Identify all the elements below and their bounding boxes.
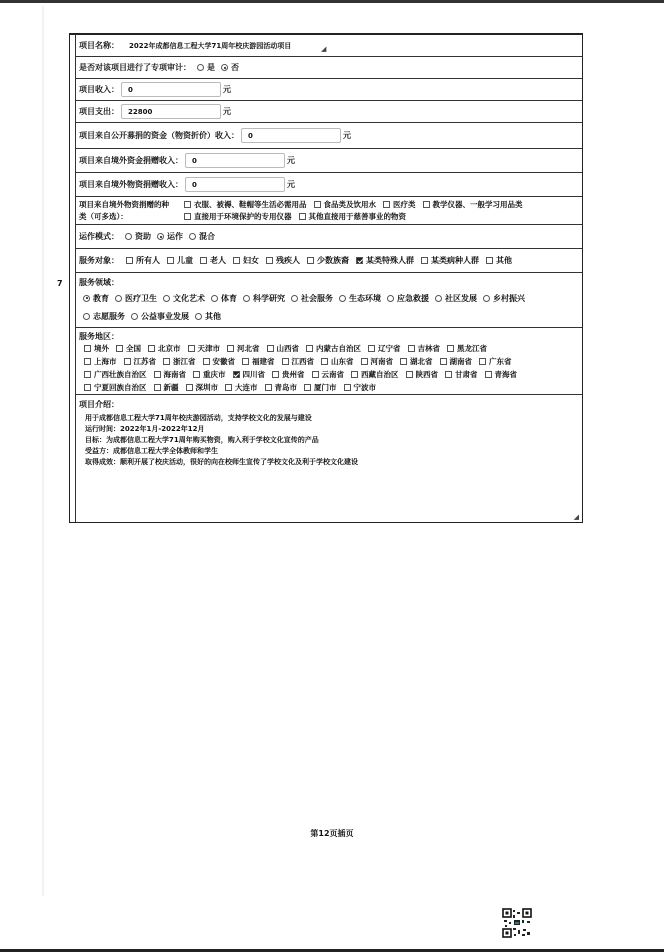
service-fields-label: 服务领域： (79, 276, 119, 289)
row-goods-types: 项目来自境外物资捐赠的种 类（可多选）： 衣服、被褥、鞋帽等生活必需用品 食品类… (76, 197, 582, 225)
checkbox-icon[interactable] (84, 358, 91, 365)
option-label: 医疗类 (393, 199, 416, 211)
checkbox-icon[interactable] (167, 257, 174, 264)
radio-icon[interactable] (435, 295, 442, 302)
option-label: 境外 (94, 343, 109, 354)
checkbox-icon[interactable] (299, 213, 306, 220)
radio-selected-icon[interactable] (83, 295, 90, 302)
intro-line: 用于成都信息工程大学71周年校庆游园活动，支持学校文化的发展与建设 (85, 413, 358, 424)
checkbox-icon[interactable] (267, 345, 274, 352)
checkbox-icon[interactable] (148, 345, 155, 352)
option-label: 混合 (199, 231, 215, 242)
service-region-option[interactable]: 厦门市 (299, 382, 337, 393)
label-line: 项目来自境外物资捐赠的种 (79, 199, 179, 211)
option-label: 所有人 (136, 255, 160, 266)
income-label: 项目收入： (79, 84, 119, 95)
service-region-option[interactable]: 云南省 (307, 369, 345, 380)
checkbox-icon[interactable] (304, 384, 311, 391)
radio-icon[interactable] (387, 295, 394, 302)
checkbox-icon[interactable] (184, 201, 191, 208)
service-region-option[interactable]: 全国 (111, 343, 141, 354)
service-region-option[interactable]: 陕西省 (401, 369, 439, 380)
checkbox-icon[interactable] (447, 345, 454, 352)
option-label: 江西省 (292, 356, 315, 367)
audit-option-no[interactable]: 否 (217, 62, 239, 73)
checkbox-icon[interactable] (225, 384, 232, 391)
checkbox-icon[interactable] (307, 257, 314, 264)
project-form: 项目名称： 2022年成都信息工程大学71周年校庆游园活动项目 ◢ 是否对该项目… (69, 33, 583, 523)
option-label: 儿童 (177, 255, 193, 266)
service-region-option[interactable]: 青海省 (480, 369, 518, 380)
overseas-funds-label: 项目来自境外资金捐赠收入： (79, 155, 183, 166)
regions-line: 上海市江苏省浙江省安徽省福建省江西省山东省河南省湖北省湖南省广东省 (79, 355, 514, 368)
option-label: 体育 (221, 293, 237, 304)
checkbox-icon[interactable] (312, 371, 319, 378)
option-label: 江苏省 (134, 356, 157, 367)
option-label: 食品类及饮用水 (324, 199, 377, 211)
option-label: 生态环境 (349, 293, 381, 304)
option-label: 陕西省 (416, 369, 439, 380)
service-region-option[interactable]: 内蒙古自治区 (301, 343, 361, 354)
service-region-option[interactable]: 天津市 (183, 343, 221, 354)
goods-option[interactable]: 衣服、被褥、鞋帽等生活必需用品 (179, 199, 307, 211)
checkbox-icon[interactable] (154, 371, 161, 378)
row-project-name: 项目名称： 2022年成都信息工程大学71周年校庆游园活动项目 ◢ (76, 35, 582, 57)
checkbox-icon[interactable] (351, 371, 358, 378)
option-label: 浙江省 (173, 356, 196, 367)
checkbox-icon[interactable] (84, 384, 91, 391)
option-label: 某类特殊人群 (366, 255, 414, 266)
row-public-fundraising: 项目来自公开募捐的资金（物资折价）收入： 0 元 (76, 123, 582, 149)
checkbox-icon[interactable] (188, 345, 195, 352)
row-overseas-goods: 项目来自境外物资捐赠收入： 0 元 (76, 173, 582, 197)
service-field-option[interactable]: 医疗卫生 (111, 293, 157, 304)
service-region-option[interactable]: 宁波市 (339, 382, 377, 393)
option-label: 辽宁省 (378, 343, 401, 354)
checkbox-icon[interactable] (154, 384, 161, 391)
service-field-option[interactable]: 社区发展 (431, 293, 477, 304)
mode-option[interactable]: 混合 (185, 231, 215, 242)
option-label: 宁波市 (354, 382, 377, 393)
regions-line: 境外全国北京市天津市河北省山西省内蒙古自治区辽宁省吉林省黑龙江省 (79, 342, 489, 355)
resize-handle-icon[interactable]: ◢ (321, 45, 326, 53)
service-target-option[interactable]: 某类特殊人群 (351, 255, 414, 266)
option-label: 吉林省 (418, 343, 441, 354)
service-target-option[interactable]: 少数族裔 (302, 255, 349, 266)
radio-icon[interactable] (189, 233, 196, 240)
option-label: 广东省 (489, 356, 512, 367)
intro-line: 目标：为成都信息工程大学71周年购买物资，购入利于学校文化宣传的产品 (85, 435, 358, 446)
option-label: 某类病种人群 (431, 255, 479, 266)
radio-selected-icon[interactable] (157, 233, 164, 240)
service-field-option[interactable]: 乡村振兴 (479, 293, 525, 304)
service-region-option[interactable]: 海南省 (149, 369, 187, 380)
row-intro: 项目介绍： 用于成都信息工程大学71周年校庆游园活动，支持学校文化的发展与建设运… (76, 395, 582, 523)
option-label: 河北省 (237, 343, 260, 354)
project-name-value[interactable]: 2022年成都信息工程大学71周年校庆游园活动项目 (129, 41, 291, 51)
service-target-option[interactable]: 所有人 (121, 255, 160, 266)
checkbox-icon[interactable] (361, 358, 368, 365)
service-region-option[interactable]: 湖北省 (395, 356, 433, 367)
option-label: 直接用于环境保护的专用仪器 (194, 211, 292, 223)
checkbox-icon[interactable] (266, 257, 273, 264)
service-region-option[interactable]: 广西壮族自治区 (79, 369, 147, 380)
service-region-option[interactable]: 吉林省 (403, 343, 441, 354)
option-label: 资助 (135, 231, 151, 242)
checkbox-icon[interactable] (242, 358, 249, 365)
checkbox-icon[interactable] (406, 371, 413, 378)
intro-line: 受益方：成都信息工程大学全体教师和学生 (85, 446, 358, 457)
overseas-goods-label: 项目来自境外物资捐赠收入： (79, 179, 183, 190)
public-fundraising-unit: 元 (343, 130, 351, 141)
service-targets-options: 所有人儿童老人妇女残疾人少数族裔某类特殊人群某类病种人群其他 (121, 255, 514, 266)
option-label: 其他 (496, 255, 512, 266)
service-region-option[interactable]: 青岛市 (260, 382, 298, 393)
option-label: 青海省 (495, 369, 518, 380)
option-label: 运作 (167, 231, 183, 242)
service-fields-options: 教育医疗卫生文化艺术体育科学研究社会服务生态环境应急救援社区发展乡村振兴 (79, 289, 527, 307)
radio-icon[interactable] (483, 295, 490, 302)
option-label: 河南省 (371, 356, 394, 367)
option-label: 内蒙古自治区 (316, 343, 361, 354)
option-label: 湖南省 (450, 356, 473, 367)
goods-option[interactable]: 其他直接用于慈善事业的物资 (294, 211, 407, 223)
option-label: 甘肃省 (455, 369, 478, 380)
expense-unit: 元 (223, 106, 231, 117)
service-region-option[interactable]: 重庆市 (188, 369, 226, 380)
service-region-option[interactable]: 黑龙江省 (442, 343, 487, 354)
service-field-option[interactable]: 科学研究 (239, 293, 285, 304)
regions-line: 广西壮族自治区海南省重庆市四川省贵州省云南省西藏自治区陕西省甘肃省青海省 (79, 368, 519, 381)
income-input[interactable]: 0 (121, 82, 221, 97)
option-label: 残疾人 (276, 255, 300, 266)
checkbox-icon[interactable] (344, 384, 351, 391)
goods-option[interactable]: 食品类及饮用水 (309, 199, 377, 211)
checkbox-icon[interactable] (126, 257, 133, 264)
service-regions-label: 服务地区： (79, 331, 119, 342)
goods-option[interactable]: 直接用于环境保护的专用仪器 (179, 211, 292, 223)
service-target-option[interactable]: 残疾人 (261, 255, 300, 266)
option-label: 贵州省 (282, 369, 305, 380)
service-region-option[interactable]: 河南省 (356, 356, 394, 367)
option-label: 大连市 (235, 382, 258, 393)
row-expense: 项目支出： 22800 元 (76, 101, 582, 123)
checkbox-icon[interactable] (203, 358, 210, 365)
option-label: 湖北省 (410, 356, 433, 367)
checkbox-icon[interactable] (479, 358, 486, 365)
service-region-option[interactable]: 新疆 (149, 382, 179, 393)
public-fundraising-input[interactable]: 0 (241, 128, 341, 143)
row-overseas-funds: 项目来自境外资金捐赠收入： 0 元 (76, 149, 582, 173)
page-footer: 第12页插页 (0, 828, 664, 839)
option-label: 广西壮族自治区 (94, 369, 147, 380)
service-target-option[interactable]: 妇女 (228, 255, 259, 266)
option-label: 妇女 (243, 255, 259, 266)
checkbox-icon[interactable] (486, 257, 493, 264)
radio-icon[interactable] (131, 313, 138, 320)
checkbox-icon[interactable] (383, 201, 390, 208)
service-region-option[interactable]: 江苏省 (119, 356, 157, 367)
option-label: 福建省 (252, 356, 275, 367)
service-region-option[interactable]: 辽宁省 (363, 343, 401, 354)
checkbox-icon[interactable] (184, 213, 191, 220)
row-service-fields: 服务领域： 教育医疗卫生文化艺术体育科学研究社会服务生态环境应急救援社区发展乡村… (76, 273, 582, 328)
row-service-regions: 服务地区： 境外全国北京市天津市河北省山西省内蒙古自治区辽宁省吉林省黑龙江省 上… (76, 328, 582, 395)
checkbox-icon[interactable] (282, 358, 289, 365)
option-label: 黑龙江省 (457, 343, 487, 354)
checkbox-icon[interactable] (306, 345, 313, 352)
option-label: 是 (207, 62, 215, 73)
option-label: 社区发展 (445, 293, 477, 304)
service-targets-label: 服务对象： (79, 255, 119, 266)
service-region-option[interactable]: 山东省 (316, 356, 354, 367)
checkbox-icon[interactable] (84, 345, 91, 352)
mode-option[interactable]: 运作 (153, 231, 183, 242)
checkbox-icon[interactable] (265, 384, 272, 391)
checkbox-checked-icon[interactable] (356, 257, 363, 264)
service-region-option[interactable]: 西藏自治区 (346, 369, 399, 380)
radio-icon[interactable] (163, 295, 170, 302)
option-label: 衣服、被褥、鞋帽等生活必需用品 (194, 199, 307, 211)
label-line: 类（可多选）： (79, 211, 179, 223)
checkbox-icon[interactable] (408, 345, 415, 352)
option-label: 教育 (93, 293, 109, 304)
option-label: 老人 (210, 255, 226, 266)
service-field-option[interactable]: 应急救援 (383, 293, 429, 304)
service-region-option[interactable]: 福建省 (237, 356, 275, 367)
service-region-option[interactable]: 山西省 (262, 343, 300, 354)
checkbox-icon[interactable] (400, 358, 407, 365)
option-label: 新疆 (164, 382, 179, 393)
checkbox-icon[interactable] (200, 257, 207, 264)
service-region-option[interactable]: 宁夏回族自治区 (79, 382, 147, 393)
intro-line: 运行时间：2022年1月-2022年12月 (85, 424, 358, 435)
operation-mode-label: 运作模式： (79, 231, 119, 242)
option-label: 志愿服务 (93, 311, 125, 322)
audit-label: 是否对该项目进行了专项审计： (79, 62, 191, 73)
service-region-option[interactable]: 北京市 (143, 343, 181, 354)
checkbox-icon[interactable] (272, 371, 279, 378)
option-label: 云南省 (322, 369, 345, 380)
radio-icon[interactable] (291, 295, 298, 302)
service-field-option[interactable]: 社会服务 (287, 293, 333, 304)
checkbox-icon[interactable] (421, 257, 428, 264)
top-border (0, 0, 664, 3)
option-label: 重庆市 (203, 369, 226, 380)
radio-icon[interactable] (339, 295, 346, 302)
radio-icon[interactable] (211, 295, 218, 302)
side-marker: 7 (57, 279, 63, 288)
checkbox-checked-icon[interactable] (233, 371, 240, 378)
qr-code-icon (502, 908, 532, 938)
expense-label: 项目支出： (79, 106, 119, 117)
service-region-option[interactable]: 深圳市 (181, 382, 219, 393)
radio-icon[interactable] (125, 233, 132, 240)
service-target-option[interactable]: 某类病种人群 (416, 255, 479, 266)
service-region-option[interactable]: 上海市 (79, 356, 117, 367)
expense-input[interactable]: 22800 (121, 104, 221, 119)
overseas-goods-input[interactable]: 0 (185, 177, 285, 192)
overseas-funds-input[interactable]: 0 (185, 153, 285, 168)
option-label: 少数族裔 (317, 255, 349, 266)
option-label: 青岛市 (275, 382, 298, 393)
option-label: 海南省 (164, 369, 187, 380)
service-field-option[interactable]: 公益事业发展 (127, 311, 189, 322)
service-region-option[interactable]: 四川省 (228, 369, 266, 380)
option-label: 科学研究 (253, 293, 285, 304)
row-audit: 是否对该项目进行了专项审计： 是 否 (76, 57, 582, 79)
goods-option[interactable]: 教学仪器、一般学习用品类 (418, 199, 523, 211)
goods-types-options: 衣服、被褥、鞋帽等生活必需用品 食品类及饮用水 医疗类 教学仪器、一般学习用品类… (179, 199, 525, 223)
option-label: 教学仪器、一般学习用品类 (433, 199, 523, 211)
radio-icon[interactable] (83, 313, 90, 320)
service-region-option[interactable]: 大连市 (220, 382, 258, 393)
income-unit: 元 (223, 84, 231, 95)
option-label: 社会服务 (301, 293, 333, 304)
option-label: 宁夏回族自治区 (94, 382, 147, 393)
option-label: 北京市 (158, 343, 181, 354)
option-label: 四川省 (243, 369, 266, 380)
mode-option[interactable]: 资助 (121, 231, 151, 242)
option-label: 乡村振兴 (493, 293, 525, 304)
checkbox-icon[interactable] (423, 201, 430, 208)
checkbox-icon[interactable] (445, 371, 452, 378)
intro-textarea[interactable]: 用于成都信息工程大学71周年校庆游园活动，支持学校文化的发展与建设运行时间：20… (79, 413, 358, 468)
option-label: 安徽省 (213, 356, 236, 367)
service-field-option[interactable]: 文化艺术 (159, 293, 205, 304)
option-label: 文化艺术 (173, 293, 205, 304)
checkbox-icon[interactable] (485, 371, 492, 378)
service-region-option[interactable]: 贵州省 (267, 369, 305, 380)
service-target-option[interactable]: 儿童 (162, 255, 193, 266)
checkbox-icon[interactable] (186, 384, 193, 391)
service-target-option[interactable]: 其他 (481, 255, 512, 266)
option-label: 深圳市 (196, 382, 219, 393)
option-label: 山西省 (277, 343, 300, 354)
service-region-option[interactable]: 江西省 (277, 356, 315, 367)
checkbox-icon[interactable] (84, 371, 91, 378)
service-region-option[interactable]: 境外 (79, 343, 109, 354)
public-fundraising-label: 项目来自公开募捐的资金（物资折价）收入： (79, 130, 239, 141)
checkbox-icon[interactable] (116, 345, 123, 352)
option-label: 否 (231, 62, 239, 73)
radio-selected-icon[interactable] (221, 64, 228, 71)
service-region-option[interactable]: 河北省 (222, 343, 260, 354)
option-label: 厦门市 (314, 382, 337, 393)
service-region-option[interactable]: 浙江省 (158, 356, 196, 367)
checkbox-icon[interactable] (368, 345, 375, 352)
service-fields-options: 志愿服务公益事业发展其他 (79, 307, 223, 325)
radio-icon[interactable] (197, 64, 204, 71)
option-label: 上海市 (94, 356, 117, 367)
service-field-option[interactable]: 生态环境 (335, 293, 381, 304)
project-name-label: 项目名称： (79, 40, 119, 51)
row-income: 项目收入： 0 元 (76, 79, 582, 101)
checkbox-icon[interactable] (233, 257, 240, 264)
service-region-option[interactable]: 广东省 (474, 356, 512, 367)
regions-line: 宁夏回族自治区新疆深圳市大连市青岛市厦门市宁波市 (79, 381, 378, 394)
option-label: 应急救援 (397, 293, 429, 304)
option-label: 西藏自治区 (361, 369, 399, 380)
option-label: 公益事业发展 (141, 311, 189, 322)
checkbox-icon[interactable] (163, 358, 170, 365)
page-edge (42, 6, 44, 896)
radio-icon[interactable] (243, 295, 250, 302)
checkbox-icon[interactable] (193, 371, 200, 378)
goods-types-label: 项目来自境外物资捐赠的种 类（可多选）： (79, 199, 179, 223)
intro-line: 取得成效：顺利开展了校庆活动，很好的向在校师生宣传了学校文化及利于学校文化建设 (85, 457, 358, 468)
option-label: 医疗卫生 (125, 293, 157, 304)
checkbox-icon[interactable] (314, 201, 321, 208)
service-region-option[interactable]: 甘肃省 (440, 369, 478, 380)
row-service-targets: 服务对象： 所有人儿童老人妇女残疾人少数族裔某类特殊人群某类病种人群其他 (76, 249, 582, 273)
service-field-option[interactable]: 其他 (191, 311, 221, 322)
radio-icon[interactable] (195, 313, 202, 320)
service-region-option[interactable]: 安徽省 (198, 356, 236, 367)
checkbox-icon[interactable] (124, 358, 131, 365)
overseas-funds-unit: 元 (287, 155, 295, 166)
service-field-option[interactable]: 教育 (79, 293, 109, 304)
overseas-goods-unit: 元 (287, 179, 295, 190)
checkbox-icon[interactable] (227, 345, 234, 352)
option-label: 天津市 (198, 343, 221, 354)
resize-handle-icon[interactable]: ◢ (574, 513, 579, 521)
service-region-option[interactable]: 湖南省 (435, 356, 473, 367)
service-field-option[interactable]: 体育 (207, 293, 237, 304)
radio-icon[interactable] (115, 295, 122, 302)
goods-option[interactable]: 医疗类 (378, 199, 416, 211)
service-target-option[interactable]: 老人 (195, 255, 226, 266)
option-label: 其他 (205, 311, 221, 322)
audit-option-yes[interactable]: 是 (193, 62, 215, 73)
option-label: 全国 (126, 343, 141, 354)
checkbox-icon[interactable] (321, 358, 328, 365)
row-operation-mode: 运作模式： 资助 运作 混合 (76, 225, 582, 249)
option-label: 其他直接用于慈善事业的物资 (309, 211, 407, 223)
intro-label: 项目介绍： (79, 398, 119, 411)
option-label: 山东省 (331, 356, 354, 367)
checkbox-icon[interactable] (440, 358, 447, 365)
service-field-option[interactable]: 志愿服务 (79, 311, 125, 322)
